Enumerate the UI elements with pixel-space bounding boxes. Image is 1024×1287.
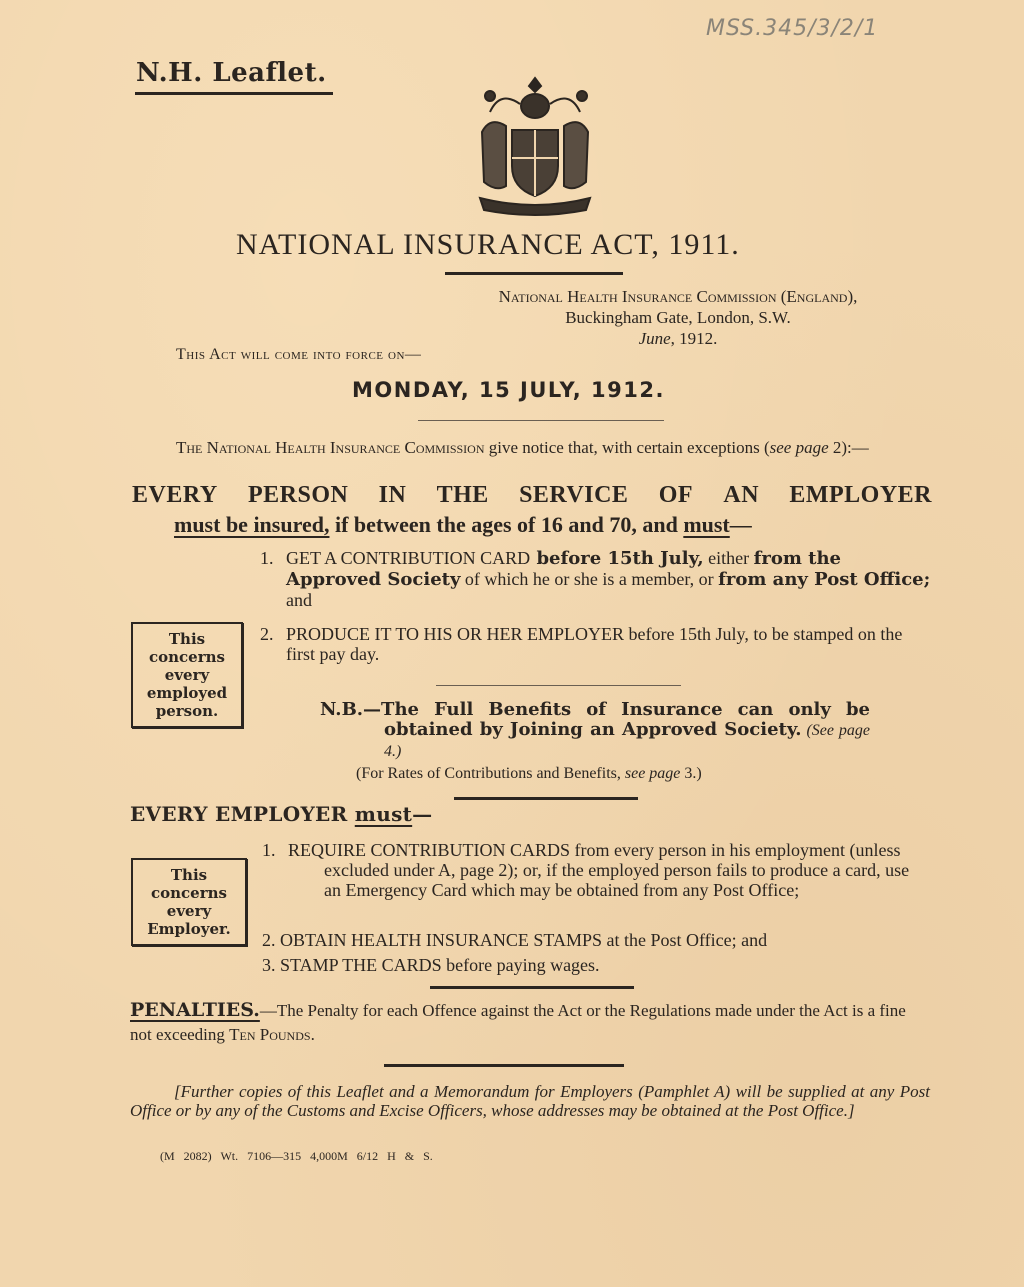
- commission-name: National Health Insurance Commission (En…: [428, 286, 928, 307]
- leaflet-label: N.H. Leaflet.: [136, 58, 327, 88]
- employee-item-2: 2. PRODUCE IT TO HIS OR HER EMPLOYER bef…: [260, 624, 932, 664]
- divider: [436, 685, 681, 686]
- notice-paragraph: The National Health Insurance Commission…: [132, 438, 934, 457]
- employer-notice-box: This concerns every Employer.: [131, 858, 247, 946]
- penalties-paragraph: PENALTIES.—The Penalty for each Offence …: [130, 998, 930, 1047]
- commission-date: June, 1912.: [428, 328, 928, 349]
- employer-item-1: 1. REQUIRE CONTRIBUTION CARDS from every…: [262, 840, 930, 900]
- title-rule: [445, 272, 623, 275]
- printer-imprint: (M 2082) Wt. 7106—315 4,000M 6/12 H & S.: [160, 1149, 433, 1164]
- employee-notice-box: This concerns every employed person.: [131, 622, 243, 728]
- royal-coat-of-arms-icon: [470, 72, 600, 217]
- employer-heading: EVERY EMPLOYER must—: [130, 802, 432, 826]
- document-title: NATIONAL INSURANCE ACT, 1911.: [236, 228, 740, 262]
- rates-reference: (For Rates of Contributions and Benefits…: [356, 765, 702, 783]
- employee-item-1: 1. GET A CONTRIBUTION CARD before 15th J…: [260, 548, 932, 610]
- commencement-label: This Act will come into force on—: [176, 346, 421, 364]
- divider: [454, 797, 638, 800]
- leaflet-underline: [135, 92, 333, 95]
- divider: [430, 986, 634, 989]
- divider: [384, 1064, 624, 1067]
- divider: [418, 420, 664, 421]
- nb-notice: N.B.—The Full Benefits of Insurance can …: [320, 700, 870, 762]
- employer-item-2: 2. OBTAIN HEALTH INSURANCE STAMPS at the…: [262, 930, 930, 950]
- employer-item-3: 3. STAMP THE CARDS before paying wages.: [262, 955, 930, 975]
- commission-address: Buckingham Gate, London, S.W.: [428, 307, 928, 328]
- further-copies-note: [Further copies of this Leaflet and a Me…: [130, 1082, 930, 1120]
- employee-heading: EVERY PERSON IN THE SERVICE OF AN EMPLOY…: [132, 482, 932, 509]
- archive-reference: MSS.345/3/2/1: [706, 16, 878, 41]
- commission-address-block: National Health Insurance Commission (En…: [428, 286, 928, 349]
- employee-subheading: must be insured, if between the ages of …: [174, 512, 752, 538]
- commencement-date: MONDAY, 15 JULY, 1912.: [352, 378, 665, 402]
